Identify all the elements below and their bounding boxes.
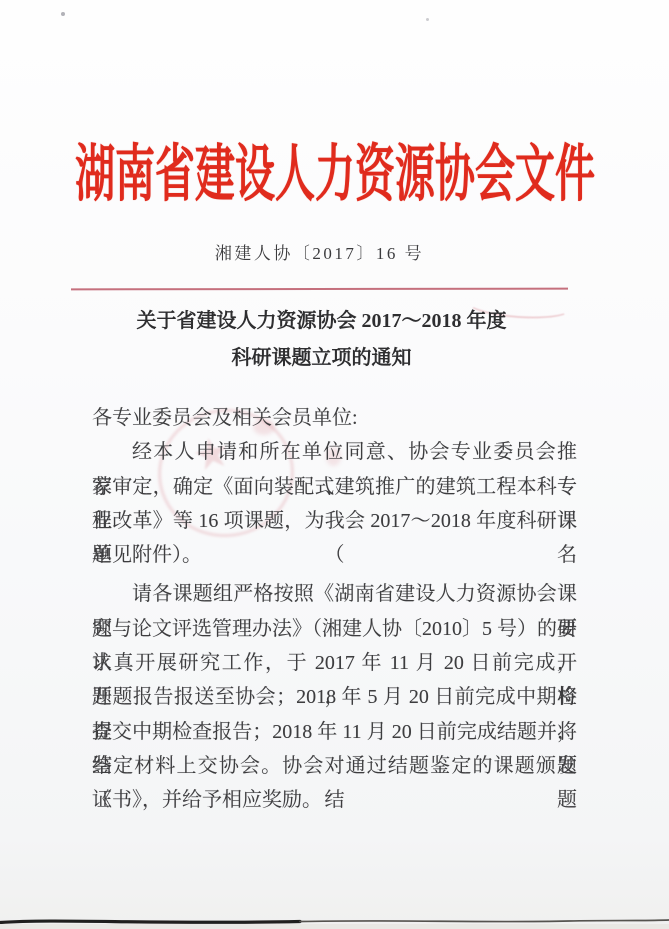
page-bottom-edge	[0, 915, 669, 929]
notice-title-line1: 关于省建设人力资源协会 2017～2018 年度	[0, 303, 656, 340]
red-separator-rule	[71, 288, 568, 291]
body-line: 经本人申请和所在单位同意、协会专业委员会推荐、专	[92, 435, 577, 469]
body-line: 程改革》等 16 项课题，为我会 2017～2018 年度科研课题（名	[92, 504, 577, 538]
org-title-banner: 湖南省建设人力资源协会文件	[0, 142, 669, 209]
notice-title: 关于省建设人力资源协会 2017～2018 年度 科研课题立项的通知	[0, 303, 656, 377]
body-line: 究与论文评选管理办法》（湘建人协〔2010〕5 号）的要求，	[92, 612, 577, 646]
notice-title-line2: 科研课题立项的通知	[0, 340, 656, 377]
scanned-document-page: 湖南省建设人力资源协会文件 湘建人协〔2017〕16 号 ★ 关于省建设人力资源…	[0, 0, 669, 929]
org-title-text: 湖南省建设人力资源协会文件	[75, 142, 595, 209]
scan-edge-strip	[0, 924, 669, 929]
scan-speck	[61, 12, 65, 16]
body-line: 各专业委员会及相关会员单位:	[92, 401, 577, 435]
body-line: 请各课题组严格按照《湖南省建设人力资源协会课题研	[92, 577, 577, 611]
doc-number: 湘建人协〔2017〕16 号	[0, 239, 654, 264]
body-line: 开题报告报送至协会；2018 年 5 月 20 日前完成中期检查，	[92, 680, 577, 714]
scan-speck	[426, 18, 429, 21]
document-body: 各专业委员会及相关会员单位:经本人申请和所在单位同意、协会专业委员会推荐、专家审…	[92, 401, 577, 818]
body-line: 认真开展研究工作，于 2017 年 11 月 20 日前完成开题，将	[92, 646, 577, 680]
body-line: 家审定，确定《面向装配式建筑推广的建筑工程本科专业课	[92, 470, 577, 504]
body-line: 鉴定材料上交协会。协会对通过结题鉴定的课题颁发《结题	[92, 749, 577, 783]
body-line: 提交中期检查报告；2018 年 11 月 20 日前完成结题并将结题	[92, 715, 577, 749]
